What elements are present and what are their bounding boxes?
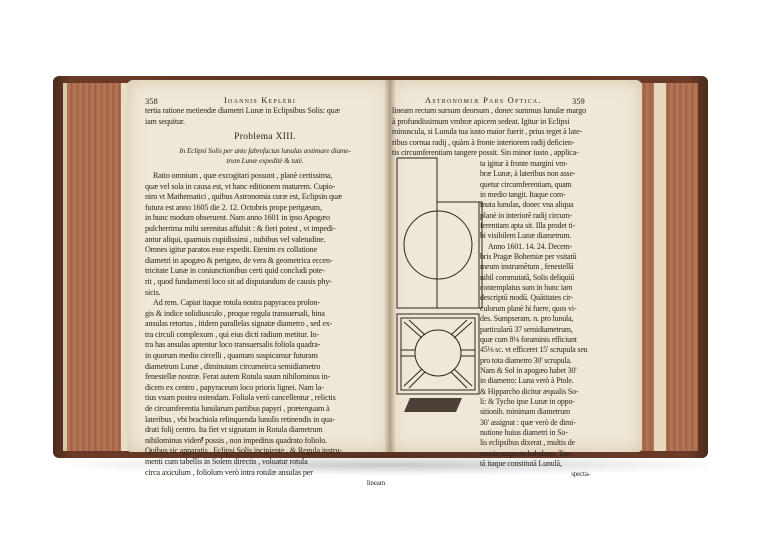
text-line: particularū 37 semidiametrum, [480, 325, 590, 335]
text-line: bris Pragæ Bohemiæ per vsitatū [480, 252, 590, 262]
text-line: muta lunulas, donec vna aliqua [480, 200, 590, 210]
text-line: in diametro: Luna verò à Ptole. [480, 376, 590, 386]
text-line: antur aliqui, quamuis cupidissimi , nubi… [145, 235, 385, 246]
text-line: nim vt Mathematici , quibus Astronomia c… [145, 192, 385, 203]
hatched-block [404, 398, 462, 412]
upper-frame [397, 158, 482, 308]
text-line: lateribus , vbi brachiola relinquenda lu… [145, 415, 385, 426]
text-line: Ratio omnium , quæ excogitari possunt , … [145, 171, 385, 182]
text-line: à profundissimum vmbræ apicem sedeat. Ig… [392, 117, 588, 128]
text-line: de circumferentia lunularum partibus pap… [145, 404, 385, 415]
text-line: in hunc modum obseruent. Nam anno 1601 i… [145, 213, 385, 224]
catchword: specta- [480, 469, 590, 479]
text-line: in medio tangit. Itaque com- [480, 190, 590, 200]
text-line: ribus cornua radij , quàm à fronte inter… [392, 138, 588, 149]
text-line: dicem ex centro , papyraceum loco priori… [145, 383, 385, 394]
text-line: gis & indice solidiusculo , proque regul… [145, 309, 385, 320]
left-page-edges [63, 83, 131, 451]
right-running-head: Astronomiæ Pars Optica. [425, 95, 542, 105]
text-line: iam sequitur. [145, 117, 385, 128]
text-line: sitionib. minimam diametrum [480, 407, 590, 417]
left-page-text: tertia ratione metiendæ diametri Lunæ in… [145, 106, 385, 489]
right-edge-strip [654, 83, 666, 451]
text-line: Quibus sic apparatis , Eclipsi Solis inc… [145, 446, 385, 457]
text-line: nihil commutatā, Solis deliquiū [480, 273, 590, 283]
text-line: Anno 1601. 14. 24. Decem- [480, 242, 590, 252]
text-line: circa axiculum , foliolum verò intra rot… [145, 468, 385, 479]
text-line: rit , quod fundamenti loco sit ad disput… [145, 277, 385, 288]
text-line: minuscula, si Lunula tua iusto maior fue… [392, 127, 588, 138]
text-line: in quorum medio circelli , quantam suspi… [145, 351, 385, 362]
text-line: contemplatus sum in hunc iam [480, 283, 590, 293]
text-line: ta igitur à fronte margini vm- [480, 159, 590, 169]
text-line: quæ vel sola in causa est, vt hanc editi… [145, 182, 385, 193]
text-line: descriptū modū. Quātitates cir- [480, 293, 590, 303]
right-page-edges [640, 83, 698, 451]
lower-frame [397, 314, 479, 394]
text-line: futura est anno 1605 die 2. 12. Octobris… [145, 203, 385, 214]
signature-mark: • [201, 434, 204, 443]
text-line: bræ Lunæ, à lateribus non asse- [480, 169, 590, 179]
text-line: tricitate Lunæ in coniunctionibus certi … [145, 266, 385, 277]
problem-subtitle-line: trum Lunæ expeditè & tutè. [145, 156, 385, 167]
moon-circle [404, 211, 472, 279]
text-line: meum instrumētum , fenestellā [480, 262, 590, 272]
text-line: planè in interiorē radij circum- [480, 211, 590, 221]
right-page-column-text: ta igitur à fronte margini vm- bræ Lunæ,… [480, 159, 590, 480]
text-line: Ad rem. Capiat itaque rotula nostra papy… [145, 298, 385, 309]
text-line: ansulas retortas , itidem parallelas sig… [145, 319, 385, 330]
right-page-number: 359 [572, 96, 585, 106]
catchword: lineam [145, 478, 385, 489]
text-line: 30' assignat : quæ verò de dimi- [480, 418, 590, 428]
text-line: lis eclipsibus dixerat , multis de [480, 438, 590, 448]
text-line: causis suspecta habebam. Tan- [480, 449, 590, 459]
text-line: quetur circumferentiam, quam [480, 180, 590, 190]
text-line: fenestellæ nostræ. Ferat autem Rotula su… [145, 372, 385, 383]
text-line: diametri in apogæo & perigæo, de vera & … [145, 256, 385, 267]
lunula-diagram [392, 150, 487, 415]
text-line: tertia ratione metiendæ diametri Lunæ in… [145, 106, 385, 117]
text-line: menti cum tabellis in Solem directis , v… [145, 457, 385, 468]
text-line: tra has ansulas aptentur loco transuersa… [145, 340, 385, 351]
text-line: nihilominus videre possis , non impeditu… [145, 436, 385, 447]
left-running-head: Ioannis Kepleri [224, 95, 296, 105]
text-line: ferentiam apta sit. Illa prodet ti- [480, 221, 590, 231]
text-line: drati folij centro. Ita fiet vt signatam… [145, 425, 385, 436]
left-page-number: 358 [145, 96, 158, 106]
text-line: tra circuli complexum , qui eius dicti r… [145, 330, 385, 341]
text-line: nutione huius diametri in So- [480, 428, 590, 438]
text-line: bi visibilem Lunæ diametrum. [480, 231, 590, 241]
text-line: sicis. [145, 288, 385, 299]
text-line: quæ cum 8⅛ foraminis efficiunt [480, 335, 590, 345]
text-line: 45⅛ sc. vt efficeret 15' scrupula seu [480, 345, 590, 355]
text-line: tā itaque constitutā Lunulā, [480, 459, 590, 469]
text-line: & Hipparcho dicitur æqualis So- [480, 387, 590, 397]
problem-subtitle-line: In Eclipsi Solis per ante fabrefactas lu… [145, 146, 385, 157]
text-line: culorum planè hi fuere, quos vi- [480, 304, 590, 314]
text-line: diametrum Lunæ , diminutam circumeirca s… [145, 362, 385, 373]
text-line: pulcherrima mihi serenitas affulsit : & … [145, 224, 385, 235]
text-line: pro tota diametro 30' scrupula. [480, 356, 590, 366]
text-line: des. Sumpseram. n. pro lunula, [480, 314, 590, 324]
text-line: tius vsum postea ostendam. Foliola verò … [145, 393, 385, 404]
text-line: lineam rectam sursum deorsum , donec sum… [392, 106, 588, 117]
text-line: Omnes igitur paratos esse expedit. Eteni… [145, 245, 385, 256]
text-line: Nam & Sol in apogæo habet 30' [480, 366, 590, 376]
text-line: li: & Tycho ipse Lunæ in oppo- [480, 397, 590, 407]
problem-title: Problema XIII. [145, 132, 385, 143]
